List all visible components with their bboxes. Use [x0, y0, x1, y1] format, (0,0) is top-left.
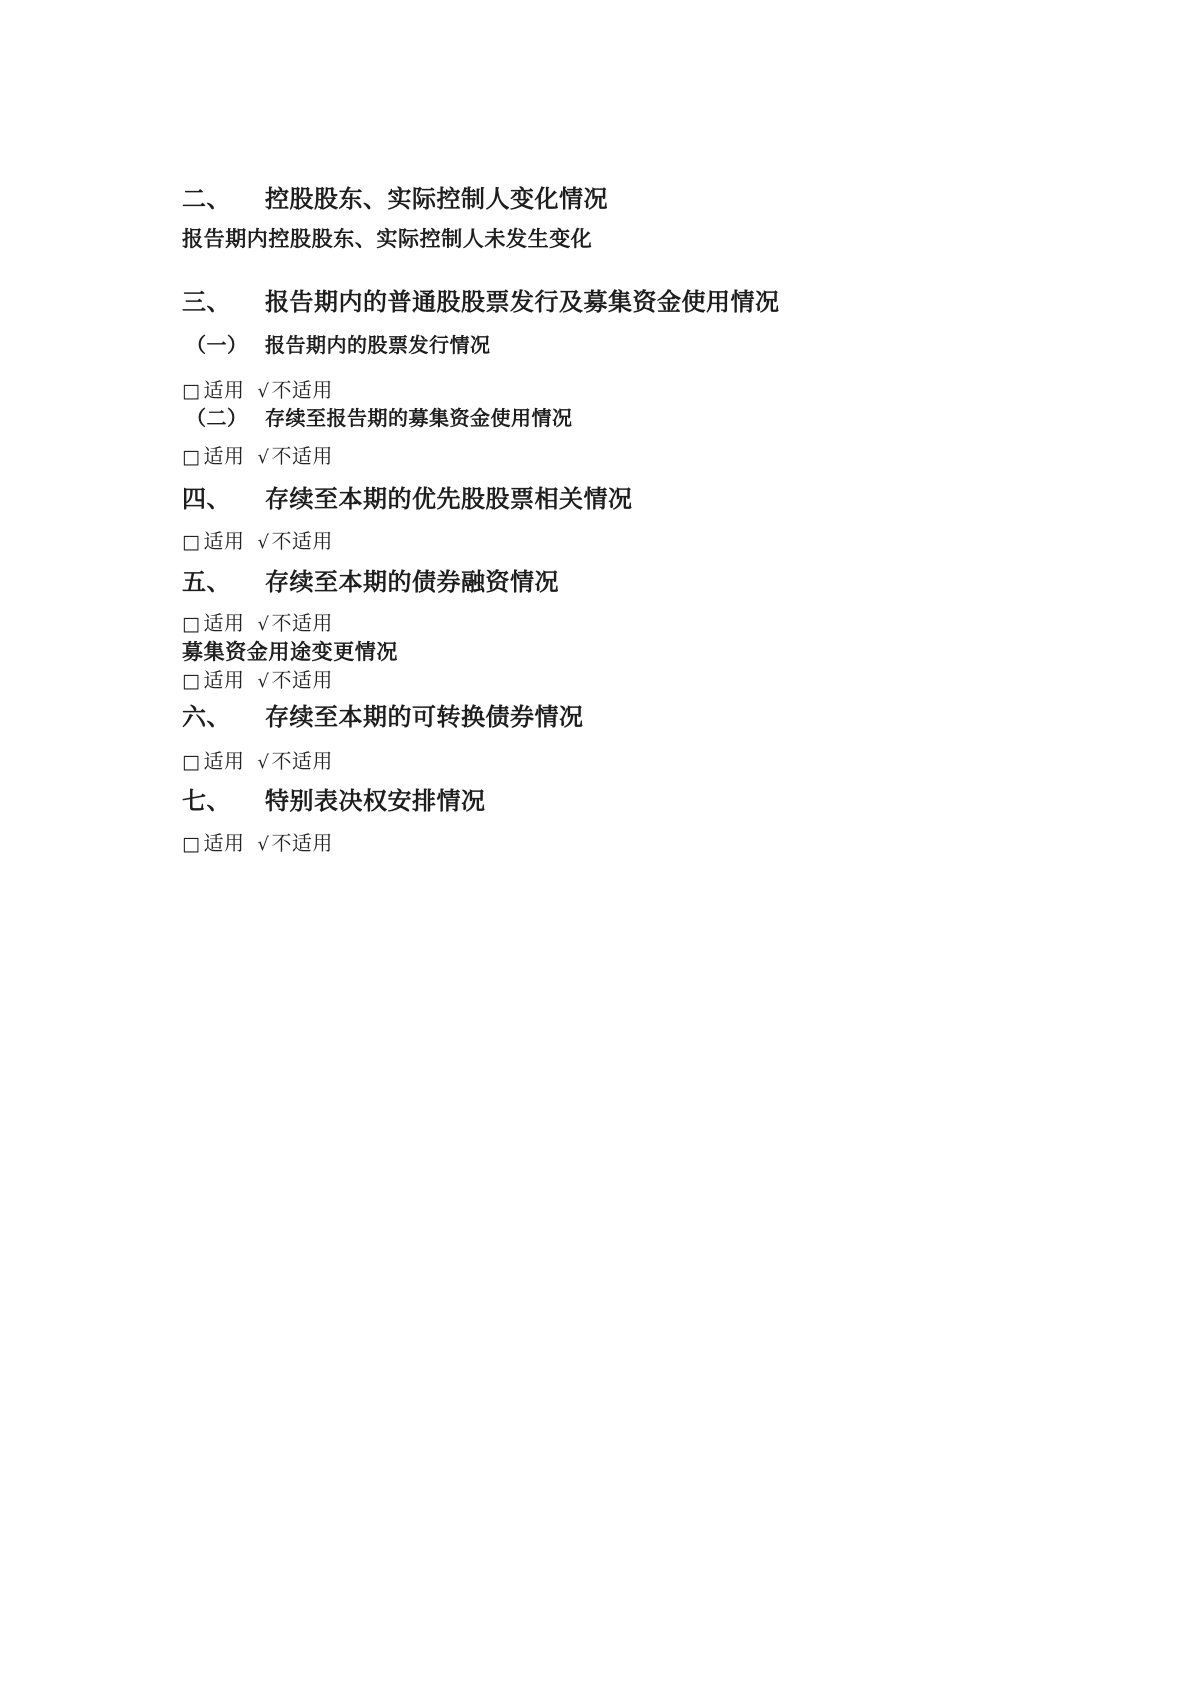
- not-applicable-label: 不适用: [271, 751, 333, 773]
- not-applicable-label: 不适用: [271, 833, 333, 855]
- section-heading-3: 三、报告期内的普通股股票发行及募集资金使用情况: [182, 289, 780, 318]
- section-heading-5: 五、存续至本期的债券融资情况: [182, 569, 559, 598]
- section-number: 四、: [182, 486, 265, 515]
- section-heading-2: 二、控股股东、实际控制人变化情况: [182, 186, 608, 215]
- section-title: 存续至本期的可转换债券情况: [265, 705, 584, 731]
- section-number: 六、: [182, 704, 265, 733]
- not-applicable-label: 不适用: [271, 613, 333, 635]
- check-mark-icon: √: [257, 752, 269, 773]
- paragraph-controlling-shareholder: 报告期内控股股东、实际控制人未发生变化: [182, 227, 592, 252]
- paragraph-text: 报告期内控股股东、实际控制人未发生变化: [182, 227, 592, 251]
- sub-section-number: （二）: [186, 407, 265, 431]
- check-mark-icon: √: [257, 447, 269, 468]
- sub-section-number: （一）: [186, 334, 265, 358]
- checkbox-empty-icon: □: [182, 531, 200, 553]
- not-applicable-label: 不适用: [271, 380, 333, 402]
- sub-section-title: 存续至报告期的募集资金使用情况: [265, 408, 573, 430]
- sub-heading-3-1: （一）报告期内的股票发行情况: [186, 334, 491, 358]
- checkbox-empty-icon: □: [182, 380, 200, 402]
- applicable-label: 适用: [203, 751, 244, 773]
- applicability-row: □适用√不适用: [182, 669, 333, 693]
- section-number: 二、: [182, 186, 265, 215]
- checkbox-empty-icon: □: [182, 613, 200, 635]
- section-number: 七、: [182, 788, 265, 817]
- checkbox-empty-icon: □: [182, 670, 200, 692]
- section-title: 存续至本期的债券融资情况: [265, 570, 559, 596]
- applicable-label: 适用: [203, 380, 244, 402]
- checkbox-empty-icon: □: [182, 751, 200, 773]
- section-title: 控股股东、实际控制人变化情况: [265, 187, 608, 213]
- not-applicable-label: 不适用: [271, 531, 333, 553]
- section-heading-4: 四、存续至本期的优先股股票相关情况: [182, 486, 633, 515]
- checkbox-empty-icon: □: [182, 833, 200, 855]
- not-applicable-label: 不适用: [271, 670, 333, 692]
- check-mark-icon: √: [257, 671, 269, 692]
- applicability-row: □适用√不适用: [182, 832, 333, 856]
- applicability-row: □适用√不适用: [182, 612, 333, 636]
- section-title: 存续至本期的优先股股票相关情况: [265, 487, 633, 513]
- applicable-label: 适用: [203, 531, 244, 553]
- applicable-label: 适用: [203, 670, 244, 692]
- applicable-label: 适用: [203, 446, 244, 468]
- check-mark-icon: √: [257, 381, 269, 402]
- check-mark-icon: √: [257, 834, 269, 855]
- paragraph-fund-usage-change: 募集资金用途变更情况: [182, 640, 398, 665]
- check-mark-icon: √: [257, 614, 269, 635]
- section-number: 三、: [182, 289, 265, 318]
- section-heading-6: 六、存续至本期的可转换债券情况: [182, 704, 584, 733]
- check-mark-icon: √: [257, 532, 269, 553]
- paragraph-text: 募集资金用途变更情况: [182, 640, 398, 664]
- document-page: 二、控股股东、实际控制人变化情况 报告期内控股股东、实际控制人未发生变化 三、报…: [0, 0, 1200, 1696]
- applicable-label: 适用: [203, 613, 244, 635]
- sub-heading-3-2: （二）存续至报告期的募集资金使用情况: [186, 407, 573, 431]
- section-title: 特别表决权安排情况: [265, 789, 486, 815]
- applicability-row: □适用√不适用: [182, 379, 333, 403]
- not-applicable-label: 不适用: [271, 446, 333, 468]
- applicability-row: □适用√不适用: [182, 750, 333, 774]
- sub-section-title: 报告期内的股票发行情况: [265, 335, 491, 357]
- applicability-row: □适用√不适用: [182, 445, 333, 469]
- section-heading-7: 七、特别表决权安排情况: [182, 788, 486, 817]
- checkbox-empty-icon: □: [182, 446, 200, 468]
- section-title: 报告期内的普通股股票发行及募集资金使用情况: [265, 290, 780, 316]
- section-number: 五、: [182, 569, 265, 598]
- applicability-row: □适用√不适用: [182, 530, 333, 554]
- applicable-label: 适用: [203, 833, 244, 855]
